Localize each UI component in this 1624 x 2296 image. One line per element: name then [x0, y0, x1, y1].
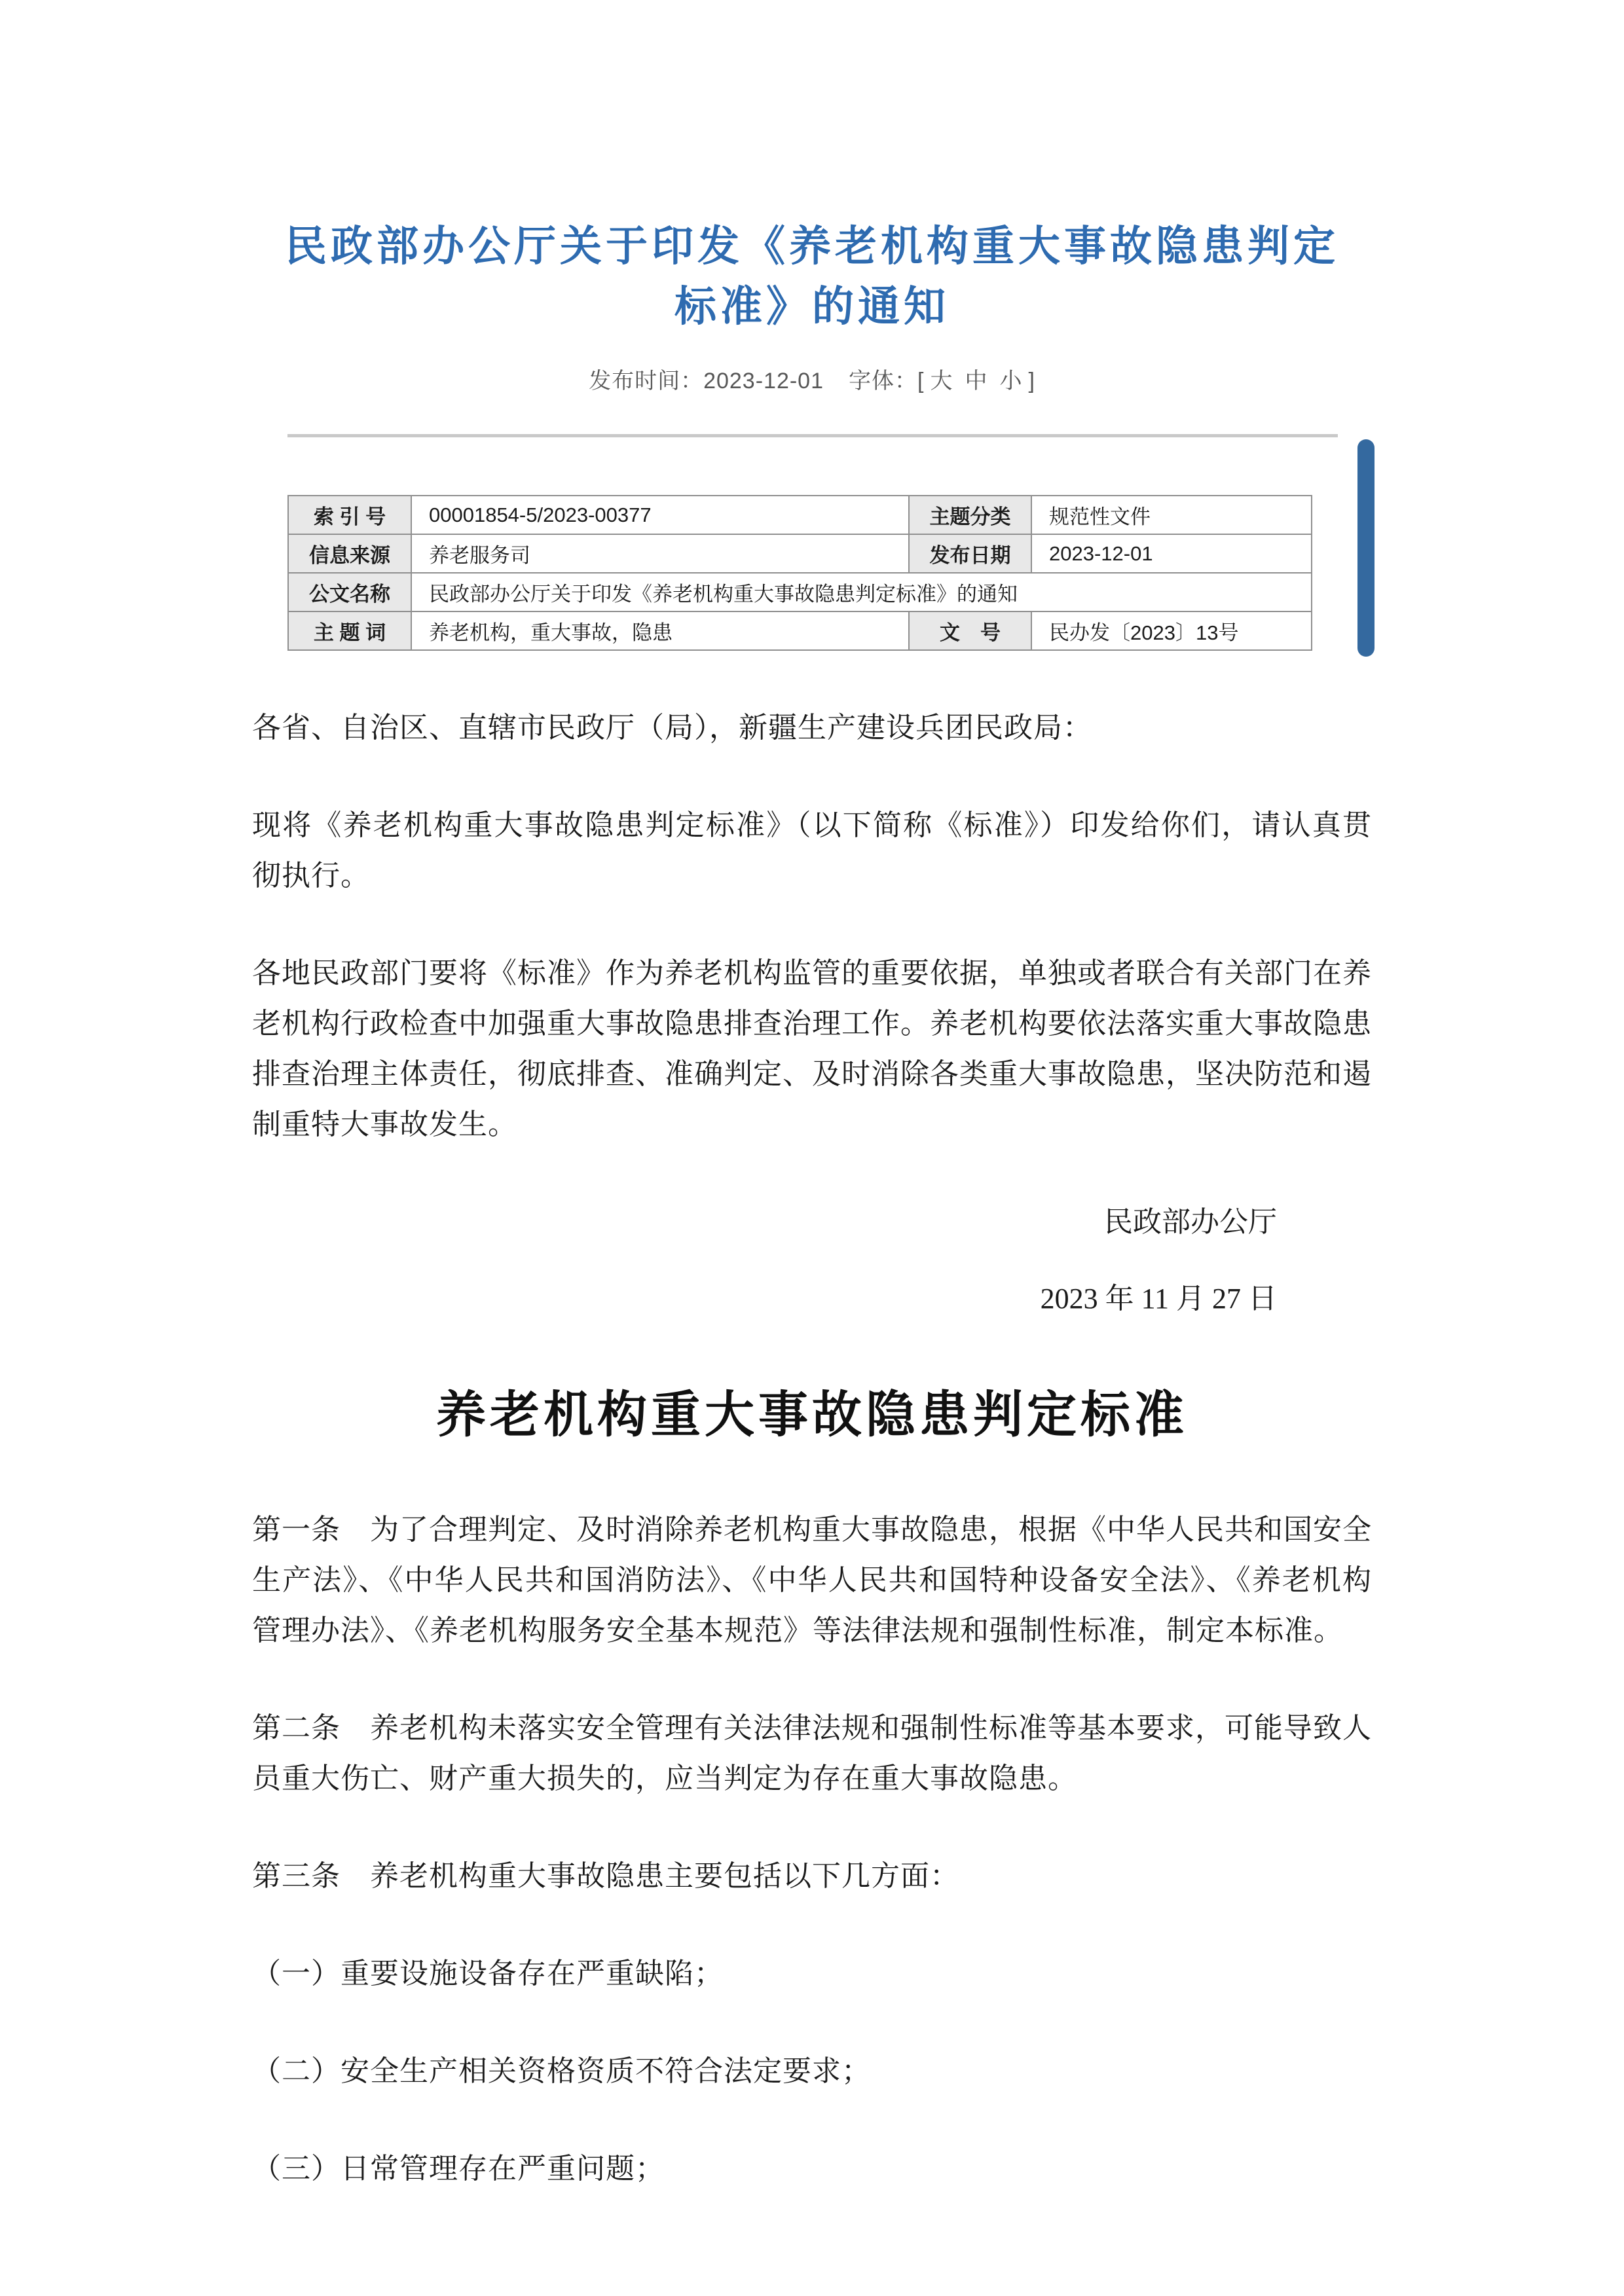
info-value-doc-number: 民办发〔2023〕13号	[1031, 611, 1312, 650]
font-size-large[interactable]: 大	[930, 369, 953, 393]
info-label-document-name: 公文名称	[288, 573, 411, 611]
article-2: 第二条 养老机构未落实安全管理有关法律法规和强制性标准等基本要求，可能导致人员重…	[252, 1703, 1372, 1804]
notice-paragraph-2: 各地民政部门要将《标准》作为养老机构监管的重要依据，单独或者联合有关部门在养老机…	[252, 948, 1372, 1150]
info-value-index-number: 00001854-5/2023-00377	[411, 496, 909, 534]
list-item-1: （一）重要设施设备存在严重缺陷；	[252, 1948, 1372, 1999]
info-value-source: 养老服务司	[411, 534, 909, 573]
info-value-document-name: 民政部办公厅关于印发《养老机构重大事故隐患判定标准》的通知	[411, 573, 1312, 611]
font-size-small[interactable]: 小	[999, 369, 1022, 393]
salutation: 各省、自治区、直辖市民政厅（局），新疆生产建设兵团民政局：	[252, 702, 1372, 753]
info-label-source: 信息来源	[288, 534, 411, 573]
document-page: 民政部办公厅关于印发《养老机构重大事故隐患判定标准》的通知 发布时间：2023-…	[0, 0, 1624, 2296]
bracket-close: ]	[1028, 369, 1035, 393]
standard-body: 第一条 为了合理判定、及时消除养老机构重大事故隐患，根据《中华人民共和国安全生产…	[252, 1504, 1372, 2194]
info-label-index-number: 索 引 号	[288, 496, 411, 534]
info-label-topic-category: 主题分类	[909, 496, 1031, 534]
list-item-2: （二）安全生产相关资格资质不符合法定要求；	[252, 2046, 1372, 2096]
content-column: 索 引 号 00001854-5/2023-00377 主题分类 规范性文件 信…	[252, 434, 1372, 2194]
info-label-doc-number: 文 号	[909, 611, 1031, 650]
divider	[287, 434, 1338, 437]
signer-name: 民政部办公厅	[252, 1197, 1277, 1247]
table-row: 信息来源 养老服务司 发布日期 2023-12-01	[288, 534, 1312, 573]
info-label-keywords: 主 题 词	[288, 611, 411, 650]
notice-paragraph-1: 现将《养老机构重大事故隐患判定标准》（以下简称《标准》）印发给你们，请认真贯彻执…	[252, 800, 1372, 901]
signature-block: 民政部办公厅 2023 年 11 月 27 日	[252, 1197, 1372, 1324]
info-value-topic-category: 规范性文件	[1031, 496, 1312, 534]
font-size-medium[interactable]: 中	[965, 369, 987, 393]
info-value-publish-date: 2023-12-01	[1031, 534, 1312, 573]
list-item-3: （三）日常管理存在严重问题；	[252, 2143, 1372, 2194]
table-row: 公文名称 民政部办公厅关于印发《养老机构重大事故隐患判定标准》的通知	[288, 573, 1312, 611]
notice-body: 各省、自治区、直辖市民政厅（局），新疆生产建设兵团民政局： 现将《养老机构重大事…	[252, 702, 1372, 1150]
info-panel: 索 引 号 00001854-5/2023-00377 主题分类 规范性文件 信…	[252, 434, 1372, 657]
bracket-open: [	[917, 369, 924, 393]
article-1: 第一条 为了合理判定、及时消除养老机构重大事故隐患，根据《中华人民共和国安全生产…	[252, 1504, 1372, 1656]
info-label-publish-date: 发布日期	[909, 534, 1031, 573]
article-3: 第三条 养老机构重大事故隐患主要包括以下几方面：	[252, 1851, 1372, 1901]
standard-title: 养老机构重大事故隐患判定标准	[252, 1384, 1372, 1447]
publish-time: 发布时间：2023-12-01	[589, 369, 824, 393]
scrollbar-thumb[interactable]	[1357, 439, 1375, 657]
sign-date: 2023 年 11 月 27 日	[252, 1273, 1277, 1324]
table-row: 索 引 号 00001854-5/2023-00377 主题分类 规范性文件	[288, 496, 1312, 534]
info-value-keywords: 养老机构，重大事故，隐患	[411, 611, 909, 650]
table-row: 主 题 词 养老机构，重大事故，隐患 文 号 民办发〔2023〕13号	[288, 611, 1312, 650]
meta-line: 发布时间：2023-12-01字体：[大中小]	[0, 363, 1624, 395]
page-title: 民政部办公厅关于印发《养老机构重大事故隐患判定标准》的通知	[275, 0, 1349, 337]
document-info-table: 索 引 号 00001854-5/2023-00377 主题分类 规范性文件 信…	[287, 495, 1312, 651]
font-size-label: 字体：	[849, 369, 917, 393]
